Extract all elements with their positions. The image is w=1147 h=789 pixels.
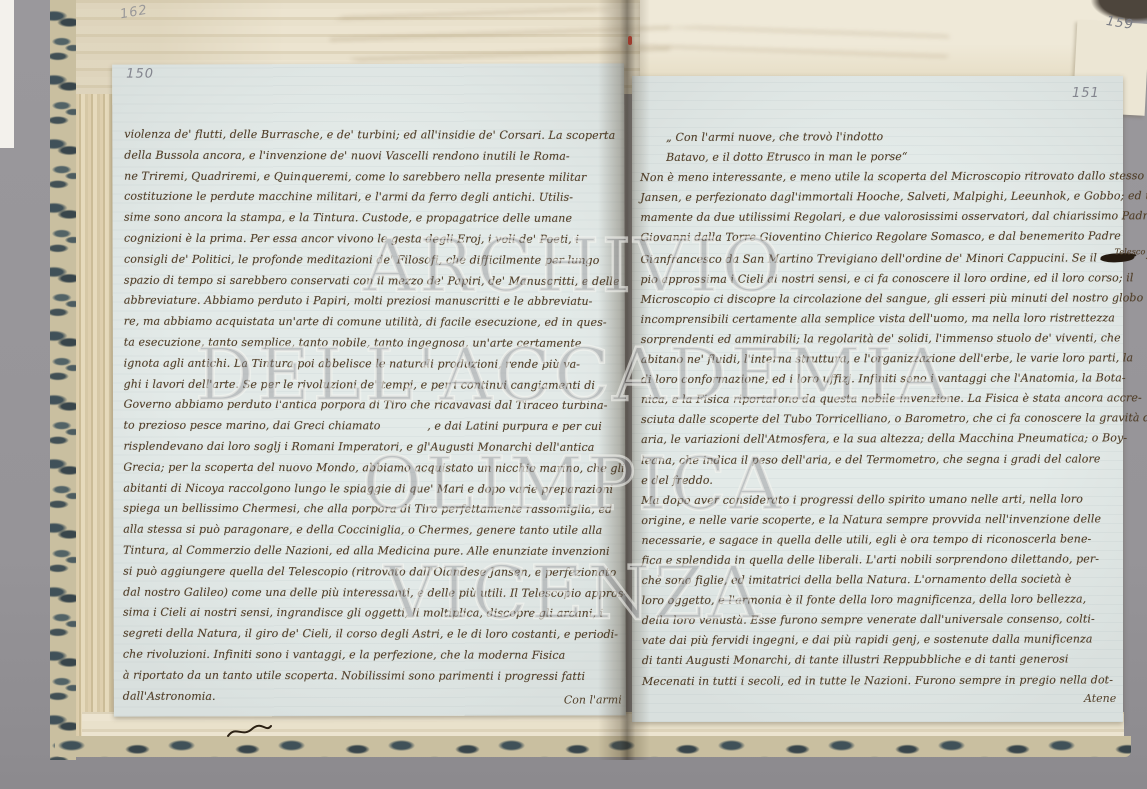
manuscript-line: abitano ne' fluidi, l'interna struttura,… <box>641 348 1125 370</box>
manuscript-line: violenza de' flutti, delle Burrasche, e … <box>124 125 624 147</box>
manuscript-line: to prezioso pesce marino, dai Greci chia… <box>123 416 623 438</box>
manuscript-line: si può aggiungere quella del Telescopio … <box>123 561 623 583</box>
manuscript-line: Microscopio ci discopre la circolazione … <box>641 288 1125 310</box>
scanner-bed-strip <box>0 0 14 148</box>
manuscript-line: origine, e nelle varie scoperte, e la Na… <box>641 509 1125 531</box>
manuscript-line: segreti della Natura, il giro de' Cieli,… <box>123 624 623 646</box>
manuscript-line: Non è meno interessante, e meno utile la… <box>640 166 1124 188</box>
manuscript-line: e del freddo. <box>641 469 1125 491</box>
manuscript-line: nica, e la Fisica riportarono da questa … <box>641 389 1125 411</box>
manuscript-line: che rivoluzioni. Infiniti sono i vantagg… <box>123 645 623 667</box>
manuscript-line: Ma dopo aver considerato i progressi del… <box>641 489 1125 511</box>
binding-thread <box>628 36 632 45</box>
ink-showthrough <box>620 26 950 66</box>
manuscript-line: fica e splendida in quella delle liberal… <box>641 549 1125 571</box>
manuscript-line: di loro conformazione, ed i loro uffizj.… <box>641 368 1125 390</box>
manuscript-line: abbreviature. Abbiamo perduto i Papiri, … <box>124 291 624 313</box>
manuscript-line: costituzione le perdute macchine militar… <box>124 187 624 209</box>
manuscript-line: abitanti di Nicoya raccolgono lungo le s… <box>123 478 623 500</box>
manuscript-line: pio approssima i Cieli ai nostri sensi, … <box>640 268 1124 290</box>
marbled-cover-bottom-edge <box>55 736 1131 757</box>
manuscript-line: sime sono ancora la stampa, e la Tintura… <box>124 208 624 230</box>
manuscript-line: necessarie, e sagace in quella delle uti… <box>641 529 1125 551</box>
manuscript-line: „ Con l'armi nuove, che trovò l'indotto <box>640 126 1124 148</box>
binding-gutter-shadow <box>598 0 650 760</box>
manuscript-line: Gianfrancesco da San Martino Trevigiano … <box>640 247 1124 270</box>
manuscript-line: Batavo, e il dotto Etrusco in man le por… <box>640 146 1124 168</box>
manuscript-line: spiega un bellissimo Chermesi, che alla … <box>123 499 623 521</box>
ink-flourish <box>226 722 274 740</box>
manuscript-line: Giovanni dalla Torre Gioventino Chierico… <box>640 227 1124 249</box>
manuscript-line: ta esecuzione, tanto semplice, tanto nob… <box>124 333 624 355</box>
manuscript-line: risplendevano dai loro soglj i Romani Im… <box>123 437 623 459</box>
interline-correction: Telesco <box>1115 247 1146 256</box>
manuscript-line: sorprendenti ed ammirabili; la regolarit… <box>641 328 1125 350</box>
manuscript-line: loro oggetto, e l'armonia è il fonte del… <box>642 589 1126 611</box>
manuscript-line: incomprensibili certamente alla semplice… <box>641 308 1125 330</box>
manuscript-line: à riportato da un tanto utile scoperta. … <box>123 665 623 687</box>
manuscript-line: Mecenati in tutti i secoli, ed in tutte … <box>642 670 1126 692</box>
manuscript-line: Jansen, e perfezionato dagl'immortali Ho… <box>640 187 1124 209</box>
manuscript-line: vate dai più fervidi ingegni, e dai più … <box>642 630 1126 652</box>
manuscript-page-verso: 150 violenza de' flutti, delle Burrasche… <box>112 63 626 716</box>
manuscript-line: di tanti Augusti Monarchi, di tante illu… <box>642 650 1126 672</box>
catchword-right: Atene <box>1084 692 1116 705</box>
manuscript-line: consigli de' Politici, le profonde medit… <box>124 249 624 271</box>
manuscript-line: della Bussola ancora, e l'invenzione de'… <box>124 145 624 167</box>
manuscript-line: chè sono figlie, ed imitatrici della bel… <box>642 569 1126 591</box>
manuscript-line: mamente da due utilissimi Regolari, e du… <box>640 207 1124 229</box>
marbled-cover-left-edge <box>50 0 76 760</box>
manuscript-line: leana, che indica il peso dell'aria, e d… <box>641 449 1125 471</box>
manuscript-line: ignota agli antichi. La Tintura poi abbe… <box>124 353 624 375</box>
manuscript-line: dal nostro Galileo) come una delle più i… <box>123 582 623 604</box>
manuscript-scan: { "scan": { "colors": { "ink": "#52402a"… <box>0 0 1147 789</box>
manuscript-line: spazio di tempo si sarebbero conservati … <box>124 270 624 292</box>
manuscript-line: alla stessa si può paragonare, e della C… <box>123 520 623 542</box>
manuscript-line: Grecia; per la scoperta del nuovo Mondo,… <box>123 457 623 479</box>
manuscript-text-left: violenza de' flutti, delle Burrasche, e … <box>123 125 625 709</box>
manuscript-line: ghi i lavori dell'arte. Se per le rivolu… <box>124 374 624 396</box>
manuscript-page-recto: 151 „ Con l'armi nuove, che trovò l'indo… <box>632 76 1123 722</box>
manuscript-line: dall'Astronomia. <box>123 686 623 708</box>
manuscript-line: aria, le variazioni dell'Atmosfera, e la… <box>641 429 1125 451</box>
manuscript-line: sciuta dalle scoperte del Tubo Torricell… <box>641 409 1125 431</box>
manuscript-line: cognizioni è la prima. Per essa ancor vi… <box>124 229 624 251</box>
manuscript-line: Governo abbiamo perduto l'antica porpora… <box>124 395 624 417</box>
manuscript-line: sima i Cieli ai nostri sensi, ingrandisc… <box>123 603 623 625</box>
manuscript-line: re, ma abbiamo acquistata un'arte di com… <box>124 312 624 334</box>
manuscript-line: Tintura, al Commerzio delle Nazioni, ed … <box>123 541 623 563</box>
manuscript-line: ne Triremi, Quadriremi, e Quinqueremi, c… <box>124 166 624 188</box>
folio-number-left: 150 <box>126 67 154 82</box>
manuscript-text-right: „ Con l'armi nuove, che trovò l'indottoB… <box>640 126 1126 691</box>
folio-number-right: 151 <box>1072 86 1100 101</box>
manuscript-line: della loro venustà. Esse furono sempre v… <box>642 610 1126 632</box>
